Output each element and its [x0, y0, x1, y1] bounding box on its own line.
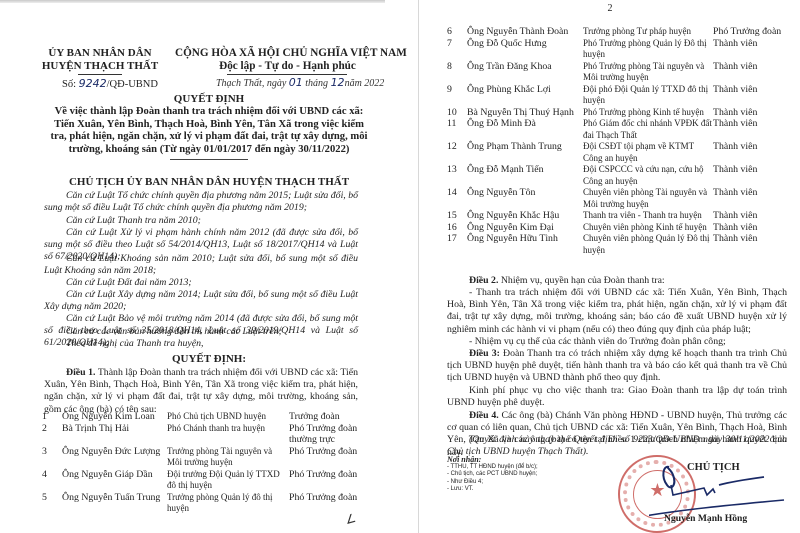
recipient-item: - Lưu: VT. — [447, 486, 538, 494]
document-page-2: 2 6Ông Nguyễn Thành ĐoànTrưởng phòng Tư … — [418, 0, 800, 533]
member-role: Phó Trưởng đoàn — [713, 26, 783, 38]
page-number: 2 — [419, 3, 800, 14]
legal-basis: Căn cứ Luật Khoáng sản năm 2010; Luật sử… — [44, 253, 358, 277]
member-name: Ông Nguyễn Tuấn Trung — [62, 492, 167, 515]
member-number: 14 — [447, 187, 467, 210]
article-2-label: Điều 2. — [469, 275, 498, 286]
member-position: Phó Trưởng phòng Quản lý Đô thị huyện — [583, 38, 713, 61]
member-position: Trưởng phòng Tài nguyên và Môi trường hu… — [167, 446, 289, 469]
member-role: Thành viên — [713, 233, 783, 256]
member-role: Thành viên — [713, 210, 783, 222]
member-number: 15 — [447, 210, 467, 222]
member-row: 3Ông Nguyễn Đức LượngTrưởng phòng Tài ng… — [42, 446, 361, 469]
member-position: Đội CSĐT tội phạm về KTMT Công an huyện — [583, 141, 713, 164]
member-role: Thành viên — [713, 61, 783, 84]
legal-basis: Theo đề nghị của Thanh tra huyện, — [44, 338, 358, 350]
member-number: 11 — [447, 118, 467, 141]
member-row: 9Ông Phùng Khắc LợiĐội phó Đội Quản lý T… — [447, 84, 783, 107]
member-number: 9 — [447, 84, 467, 107]
member-role: Thành viên — [713, 118, 783, 141]
date-month-label: tháng — [303, 78, 331, 89]
org-line-2: HUYỆN THẠCH THẤT — [30, 60, 170, 73]
member-row: 8Ông Trần Đăng KhoaPhó Trưởng phòng Tài … — [447, 61, 783, 84]
member-name: Ông Nguyễn Kim Đại — [467, 222, 583, 234]
scan-shadow — [0, 0, 385, 3]
member-position: Chuyên viên phòng Tài nguyên và Môi trườ… — [583, 187, 713, 210]
member-name: Ông Nguyễn Kim Loan — [62, 411, 167, 423]
member-name: Ông Nguyễn Hữu Tình — [467, 233, 583, 256]
member-row: 10Bà Nguyễn Thị Thuý HạnhPhó Trưởng phòn… — [447, 107, 783, 119]
article-4-label: Điều 4. — [469, 410, 499, 421]
member-position: Thanh tra viên - Thanh tra huyện — [583, 210, 713, 222]
national-heading: CỘNG HÒA XÃ HỘI CHỦ NGHĨA VIỆT NAM Độc l… — [175, 47, 400, 73]
member-role: Thành viên — [713, 84, 783, 107]
article-1-label: Điều 1. — [66, 367, 95, 378]
article-2-item: - Thanh tra trách nhiệm đối với UBND các… — [447, 287, 787, 336]
members-table-page-2: 6Ông Nguyễn Thành ĐoànTrưởng phòng Tư ph… — [447, 26, 783, 256]
member-position: Chuyên viên phòng Quản lý Đô thị huyện — [583, 233, 713, 256]
date-year: năm 2022 — [345, 78, 385, 89]
member-row: 7Ông Đỗ Quốc HưngPhó Trưởng phòng Quản l… — [447, 38, 783, 61]
member-role: Thành viên — [713, 107, 783, 119]
article-3-label: Điều 3: — [469, 348, 500, 359]
member-number: 4 — [42, 469, 62, 492]
member-number: 17 — [447, 233, 467, 256]
member-row: 1Ông Nguyễn Kim LoanPhó Chủ tịch UBND hu… — [42, 411, 361, 423]
org-underline — [78, 74, 122, 75]
funding-note: Kinh phí phục vụ cho việc thanh tra: Gia… — [447, 385, 787, 409]
org-line-1: ỦY BAN NHÂN DÂN — [30, 47, 170, 60]
member-role: Trưởng đoàn — [289, 411, 361, 423]
nation-name: CỘNG HÒA XÃ HỘI CHỦ NGHĨA VIỆT NAM — [175, 47, 400, 60]
recipients-block: Nơi nhận: - TTHU, TT HĐND huyện (để b/c)… — [447, 456, 538, 494]
legal-basis: Căn cứ Luật Đất đai năm 2013; — [44, 277, 358, 289]
document-title: QUYẾT ĐỊNH — [0, 93, 418, 105]
member-position: Đội phó Đội Quản lý TTXD đô thị huyện — [583, 84, 713, 107]
member-position: Đội CSPCCC và cứu nạn, cứu hộ Công an hu… — [583, 164, 713, 187]
legal-basis: Căn cứ Luật Tổ chức chính quyền địa phươ… — [44, 190, 358, 214]
article-1: Điều 1. Thành lập Đoàn thanh tra trách n… — [44, 367, 358, 416]
recipient-item: - Như Điều 4; — [447, 479, 538, 487]
doc-no-suffix: /QĐ-UBND — [107, 79, 158, 90]
member-position: Chuyên viên phòng Kinh tế huyện — [583, 222, 713, 234]
member-row: 11Ông Đỗ Minh ĐàPhó Giám đốc chi nhánh V… — [447, 118, 783, 141]
article-2: Điều 2. Nhiệm vụ, quyền hạn của Đoàn tha… — [447, 275, 787, 287]
member-row: 15Ông Nguyễn Khắc HậuThanh tra viên - Th… — [447, 210, 783, 222]
doc-no-handwritten: 9242 — [79, 77, 107, 90]
national-motto: Độc lập - Tự do - Hạnh phúc — [175, 60, 400, 73]
member-name: Ông Đỗ Minh Đà — [467, 118, 583, 141]
member-position: Phó Trưởng phòng Tài nguyên và Môi trườn… — [583, 61, 713, 84]
member-row: 5Ông Nguyễn Tuấn TrungTrưởng phòng Quản … — [42, 492, 361, 515]
member-position: Phó Chủ tịch UBND huyện — [167, 411, 289, 423]
date-place: Thạch Thất, ngày — [216, 78, 289, 89]
date-day: 01 — [289, 76, 303, 89]
member-position: Phó Giám đốc chi nhánh VPĐK đất đai Thạc… — [583, 118, 713, 141]
member-role: Thành viên — [713, 38, 783, 61]
member-name: Bà Nguyễn Thị Thuý Hạnh — [467, 107, 583, 119]
document-subject: Về việc thành lập Đoàn thanh tra trách n… — [50, 106, 368, 156]
motto-underline — [227, 74, 347, 75]
member-number: 16 — [447, 222, 467, 234]
member-number: 12 — [447, 141, 467, 164]
decision-heading: QUYẾT ĐỊNH: — [0, 353, 418, 365]
member-name: Ông Nguyễn Đức Lượng — [62, 446, 167, 469]
member-name: Ông Nguyễn Tôn — [467, 187, 583, 210]
issuing-authority: CHỦ TỊCH ỦY BAN NHÂN DÂN HUYỆN THẠCH THẤ… — [0, 176, 418, 188]
member-number: 1 — [42, 411, 62, 423]
member-name: Ông Nguyễn Khắc Hậu — [467, 210, 583, 222]
article-2-item: - Nhiệm vụ cụ thể của các thành viên do … — [447, 336, 787, 348]
member-name: Ông Nguyễn Thành Đoàn — [467, 26, 583, 38]
member-row: 17Ông Nguyễn Hữu TìnhChuyên viên phòng Q… — [447, 233, 783, 256]
legal-basis: Căn cứ Luật Thanh tra năm 2010; — [44, 215, 358, 227]
article-3: Điều 3: Đoàn Thanh tra có trách nhiệm xâ… — [447, 348, 787, 385]
recipient-item: - Chủ tịch, các PCT UBND huyện; — [447, 471, 538, 479]
member-name: Ông Đỗ Mạnh Tiến — [467, 164, 583, 187]
member-role: Thành viên — [713, 164, 783, 187]
member-role: Phó Trưởng đoàn — [289, 446, 361, 469]
member-name: Ông Phùng Khắc Lợi — [467, 84, 583, 107]
document-number: Số: 9242/QĐ-UBND — [62, 77, 158, 90]
member-number: 3 — [42, 446, 62, 469]
member-number: 10 — [447, 107, 467, 119]
member-name: Ông Trần Đăng Khoa — [467, 61, 583, 84]
member-number: 5 — [42, 492, 62, 515]
member-row: 12Ông Phạm Thành TrungĐội CSĐT tội phạm … — [447, 141, 783, 164]
member-position: Phó Trưởng phòng Kinh tế huyện — [583, 107, 713, 119]
issue-date: Thạch Thất, ngày 01 tháng 12năm 2022 — [216, 76, 384, 89]
member-number: 2 — [42, 423, 62, 446]
member-number: 6 — [447, 26, 467, 38]
member-row: 14Ông Nguyễn TônChuyên viên phòng Tài ng… — [447, 187, 783, 210]
date-month: 12 — [331, 76, 345, 89]
members-table-page-1: 1Ông Nguyễn Kim LoanPhó Chủ tịch UBND hu… — [42, 411, 361, 515]
member-name: Ông Đỗ Quốc Hưng — [467, 38, 583, 61]
member-row: 4Ông Nguyễn Giáp DầnĐội trưởng Đội Quản … — [42, 469, 361, 492]
member-name: Ông Phạm Thành Trung — [467, 141, 583, 164]
member-role: Phó Trưởng đoàn — [289, 469, 361, 492]
legal-basis: Căn cứ Luật Xây dựng năm 2014; Luật sửa … — [44, 289, 358, 313]
member-row: 2Bà Trịnh Thị HảiPhó Chánh thanh tra huy… — [42, 423, 361, 446]
member-position: Trưởng phòng Quản lý đô thị huyện — [167, 492, 289, 515]
member-number: 7 — [447, 38, 467, 61]
member-position: Trưởng phòng Tư pháp huyện — [583, 26, 713, 38]
member-name: Bà Trịnh Thị Hải — [62, 423, 167, 446]
doc-no-prefix: Số: — [62, 79, 79, 90]
issuing-organization: ỦY BAN NHÂN DÂN HUYỆN THẠCH THẤT — [30, 47, 170, 73]
legal-basis: Căn cứ các văn bản hướng dẫn thi hành cá… — [44, 326, 358, 338]
member-position: Đội trưởng Đội Quản lý TTXD đô thị huyện — [167, 469, 289, 492]
member-row: 16Ông Nguyễn Kim ĐạiChuyên viên phòng Ki… — [447, 222, 783, 234]
member-role: Thành viên — [713, 187, 783, 210]
subject-rule — [170, 159, 248, 160]
member-number: 13 — [447, 164, 467, 187]
member-row: 13Ông Đỗ Mạnh TiếnĐội CSPCCC và cứu nạn,… — [447, 164, 783, 187]
member-position: Phó Chánh thanh tra huyện — [167, 423, 289, 446]
member-role: Thành viên — [713, 141, 783, 164]
signer-name: Nguyễn Mạnh Hồng — [664, 513, 747, 524]
member-name: Ông Nguyễn Giáp Dần — [62, 469, 167, 492]
member-role: Thành viên — [713, 222, 783, 234]
member-role: Phó Trưởng đoàn thường trực — [289, 423, 361, 446]
member-row: 6Ông Nguyễn Thành ĐoànTrưởng phòng Tư ph… — [447, 26, 783, 38]
article-2-text: Nhiệm vụ, quyền hạn của Đoàn thanh tra: — [498, 275, 664, 286]
recipients-label: Nơi nhận: — [447, 456, 538, 464]
document-page-1: ỦY BAN NHÂN DÂN HUYỆN THẠCH THẤT CỘNG HÒ… — [0, 0, 418, 533]
member-number: 8 — [447, 61, 467, 84]
